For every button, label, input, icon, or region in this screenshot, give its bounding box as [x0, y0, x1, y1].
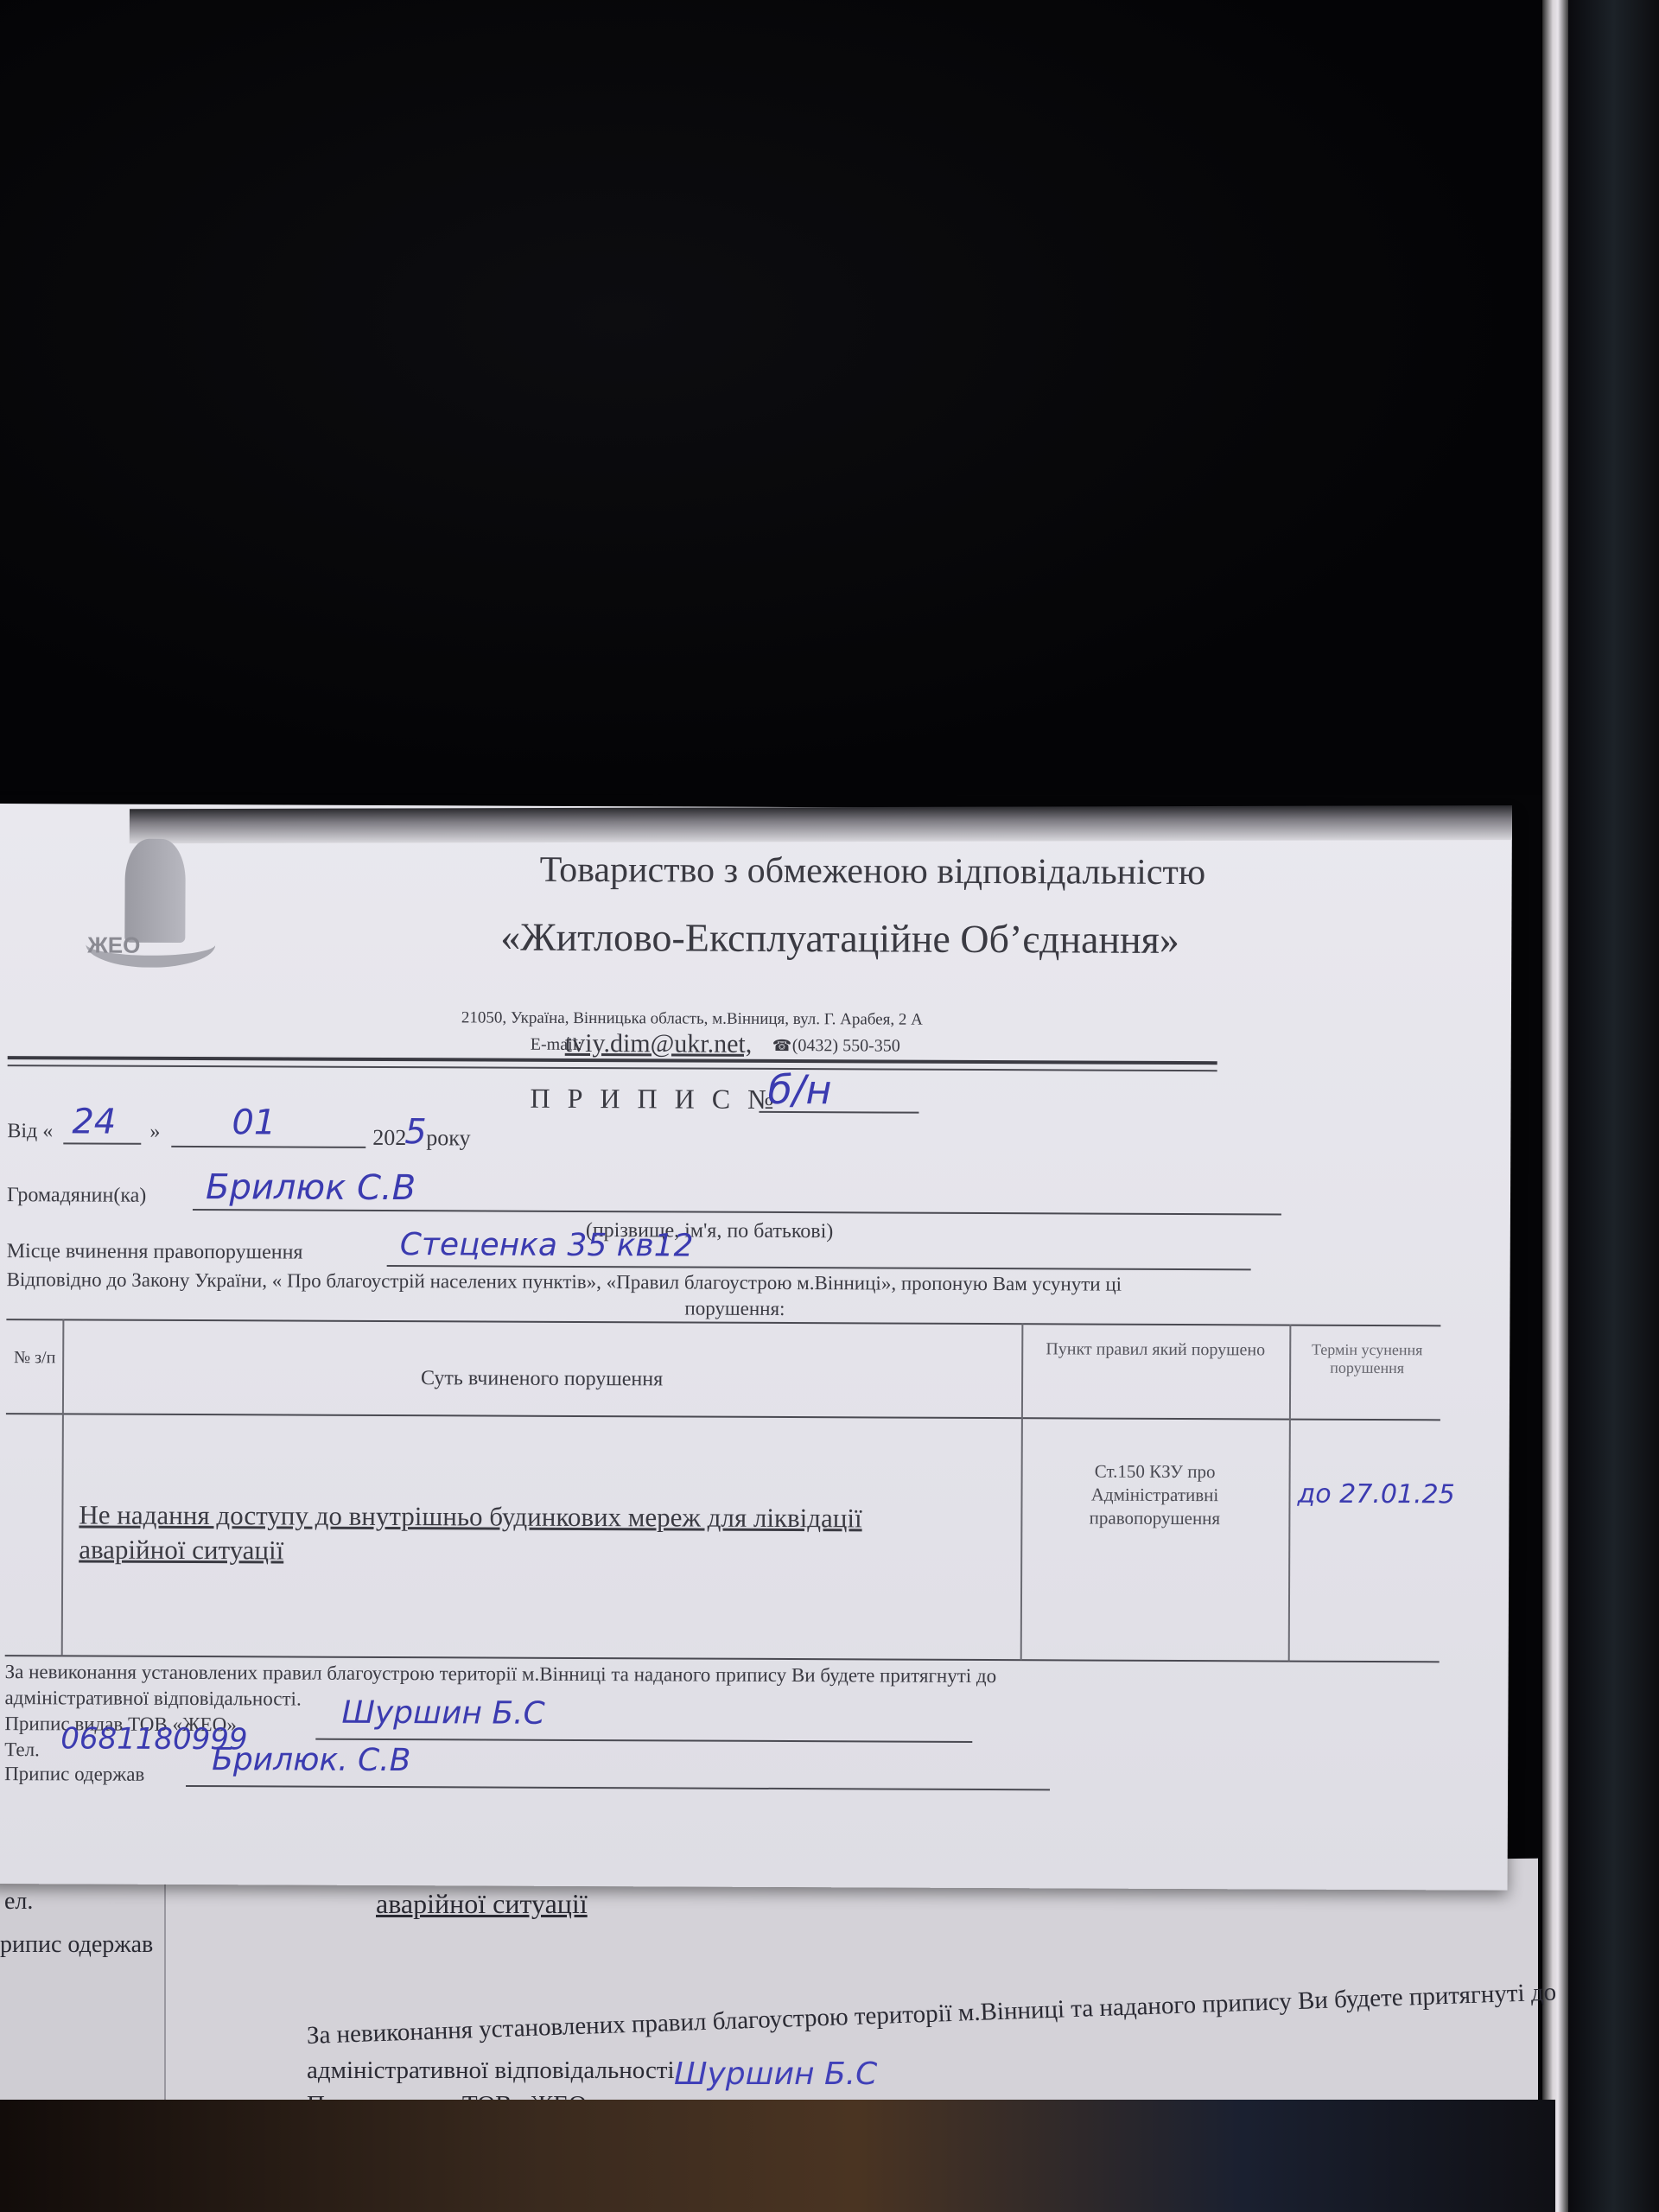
citizen-label: Громадянин(ка) — [7, 1184, 146, 1208]
date-day-line — [63, 1142, 141, 1144]
logo-text: ЖЕО — [87, 931, 140, 958]
issued-signature[interactable]: Шуршин Б.С — [341, 1695, 544, 1732]
warning-line-1: За невиконання установлених правил благо… — [5, 1661, 997, 1688]
warning-line-2: адміністративної відповідальності. — [4, 1687, 301, 1710]
citizen-value[interactable]: Брилюк С.В — [206, 1167, 416, 1208]
date-day: 24 — [72, 1102, 116, 1141]
org-type: Товариство з обмеженою відповідальністю — [540, 849, 1206, 893]
date-year-suffix: 5 — [404, 1112, 427, 1152]
deadline-value: до 27.01.25 — [1297, 1479, 1454, 1510]
date-month: 01 — [232, 1103, 276, 1142]
date-year-prefix: 202 — [372, 1125, 406, 1151]
table-header-deadline: Термін усунення порушення — [1294, 1341, 1440, 1378]
table-header-rule: Пункт правил який порушено — [1026, 1339, 1285, 1360]
rule-line-2: Адміністративні — [1025, 1484, 1284, 1506]
door-frame — [1568, 0, 1659, 2212]
org-name: «Житлово-Експлуатаційне Об’єднання» — [500, 914, 1179, 963]
violation-line-1: Не надання доступу до внутрішньо будинко… — [79, 1499, 861, 1534]
under-violation-text: аварійної ситуації — [376, 1888, 588, 1920]
notice-title: П Р И П И С № — [530, 1083, 779, 1116]
torn-edge — [130, 805, 1512, 843]
table-col-divider-3 — [1288, 1325, 1292, 1662]
phone-label: Тел. — [4, 1738, 40, 1761]
floor — [0, 2100, 1555, 2212]
rule-line-3: правопорушення — [1025, 1507, 1284, 1529]
notice-sheet: ЖЕО Товариство з обмеженою відповідальні… — [0, 804, 1512, 1891]
date-month-line — [171, 1146, 365, 1148]
door-background — [0, 0, 1555, 795]
zheo-logo: ЖЕО — [77, 838, 225, 969]
table-header-rule — [6, 1413, 1440, 1421]
phone-icon: ☎ — [772, 1037, 792, 1055]
table-header-num: № з/п — [13, 1348, 56, 1368]
under-tel-label: ел. — [4, 1888, 33, 1916]
notice-number-line — [759, 1111, 918, 1114]
date-mid: » — [149, 1121, 160, 1144]
date-year-word: року — [426, 1125, 470, 1151]
date-prefix: Від « — [7, 1120, 53, 1143]
notice-number: б/н — [767, 1066, 831, 1113]
place-label: Місце вчинення правопорушення — [7, 1240, 303, 1264]
org-phone: (0432) 550-350 — [792, 1036, 900, 1057]
under-warning-line2: адміністративної відповідальності. — [307, 2056, 681, 2085]
legal-text: Відповідно до Закону України, « Про благ… — [7, 1268, 1122, 1296]
place-value[interactable]: Стеценка 35 кв12 — [400, 1227, 694, 1263]
place-line — [387, 1265, 1251, 1270]
door-frame-edge — [1542, 0, 1568, 2212]
issued-line — [315, 1738, 972, 1743]
citizen-line — [193, 1209, 1281, 1215]
received-line — [186, 1785, 1050, 1790]
received-label: Припис одержав — [4, 1763, 144, 1786]
rule-line-1: Ст.150 КЗУ про — [1026, 1460, 1285, 1483]
email-link[interactable]: tviy.dim@ukr.net, — [565, 1029, 753, 1059]
under-issued-signature: Шуршин Б.С — [674, 2056, 877, 2092]
legal-text-end: порушення: — [684, 1298, 785, 1321]
received-signature[interactable]: Брилюк. С.В — [212, 1742, 410, 1778]
violation-line-2: аварійної ситуації — [79, 1534, 283, 1566]
header-rule-2 — [8, 1065, 1217, 1071]
org-address: 21050, Україна, Вінницька область, м.Він… — [461, 1008, 923, 1029]
under-received-label: рипис одержав — [0, 1931, 153, 1959]
table-header-violation: Суть вчиненого порушення — [62, 1365, 1021, 1393]
